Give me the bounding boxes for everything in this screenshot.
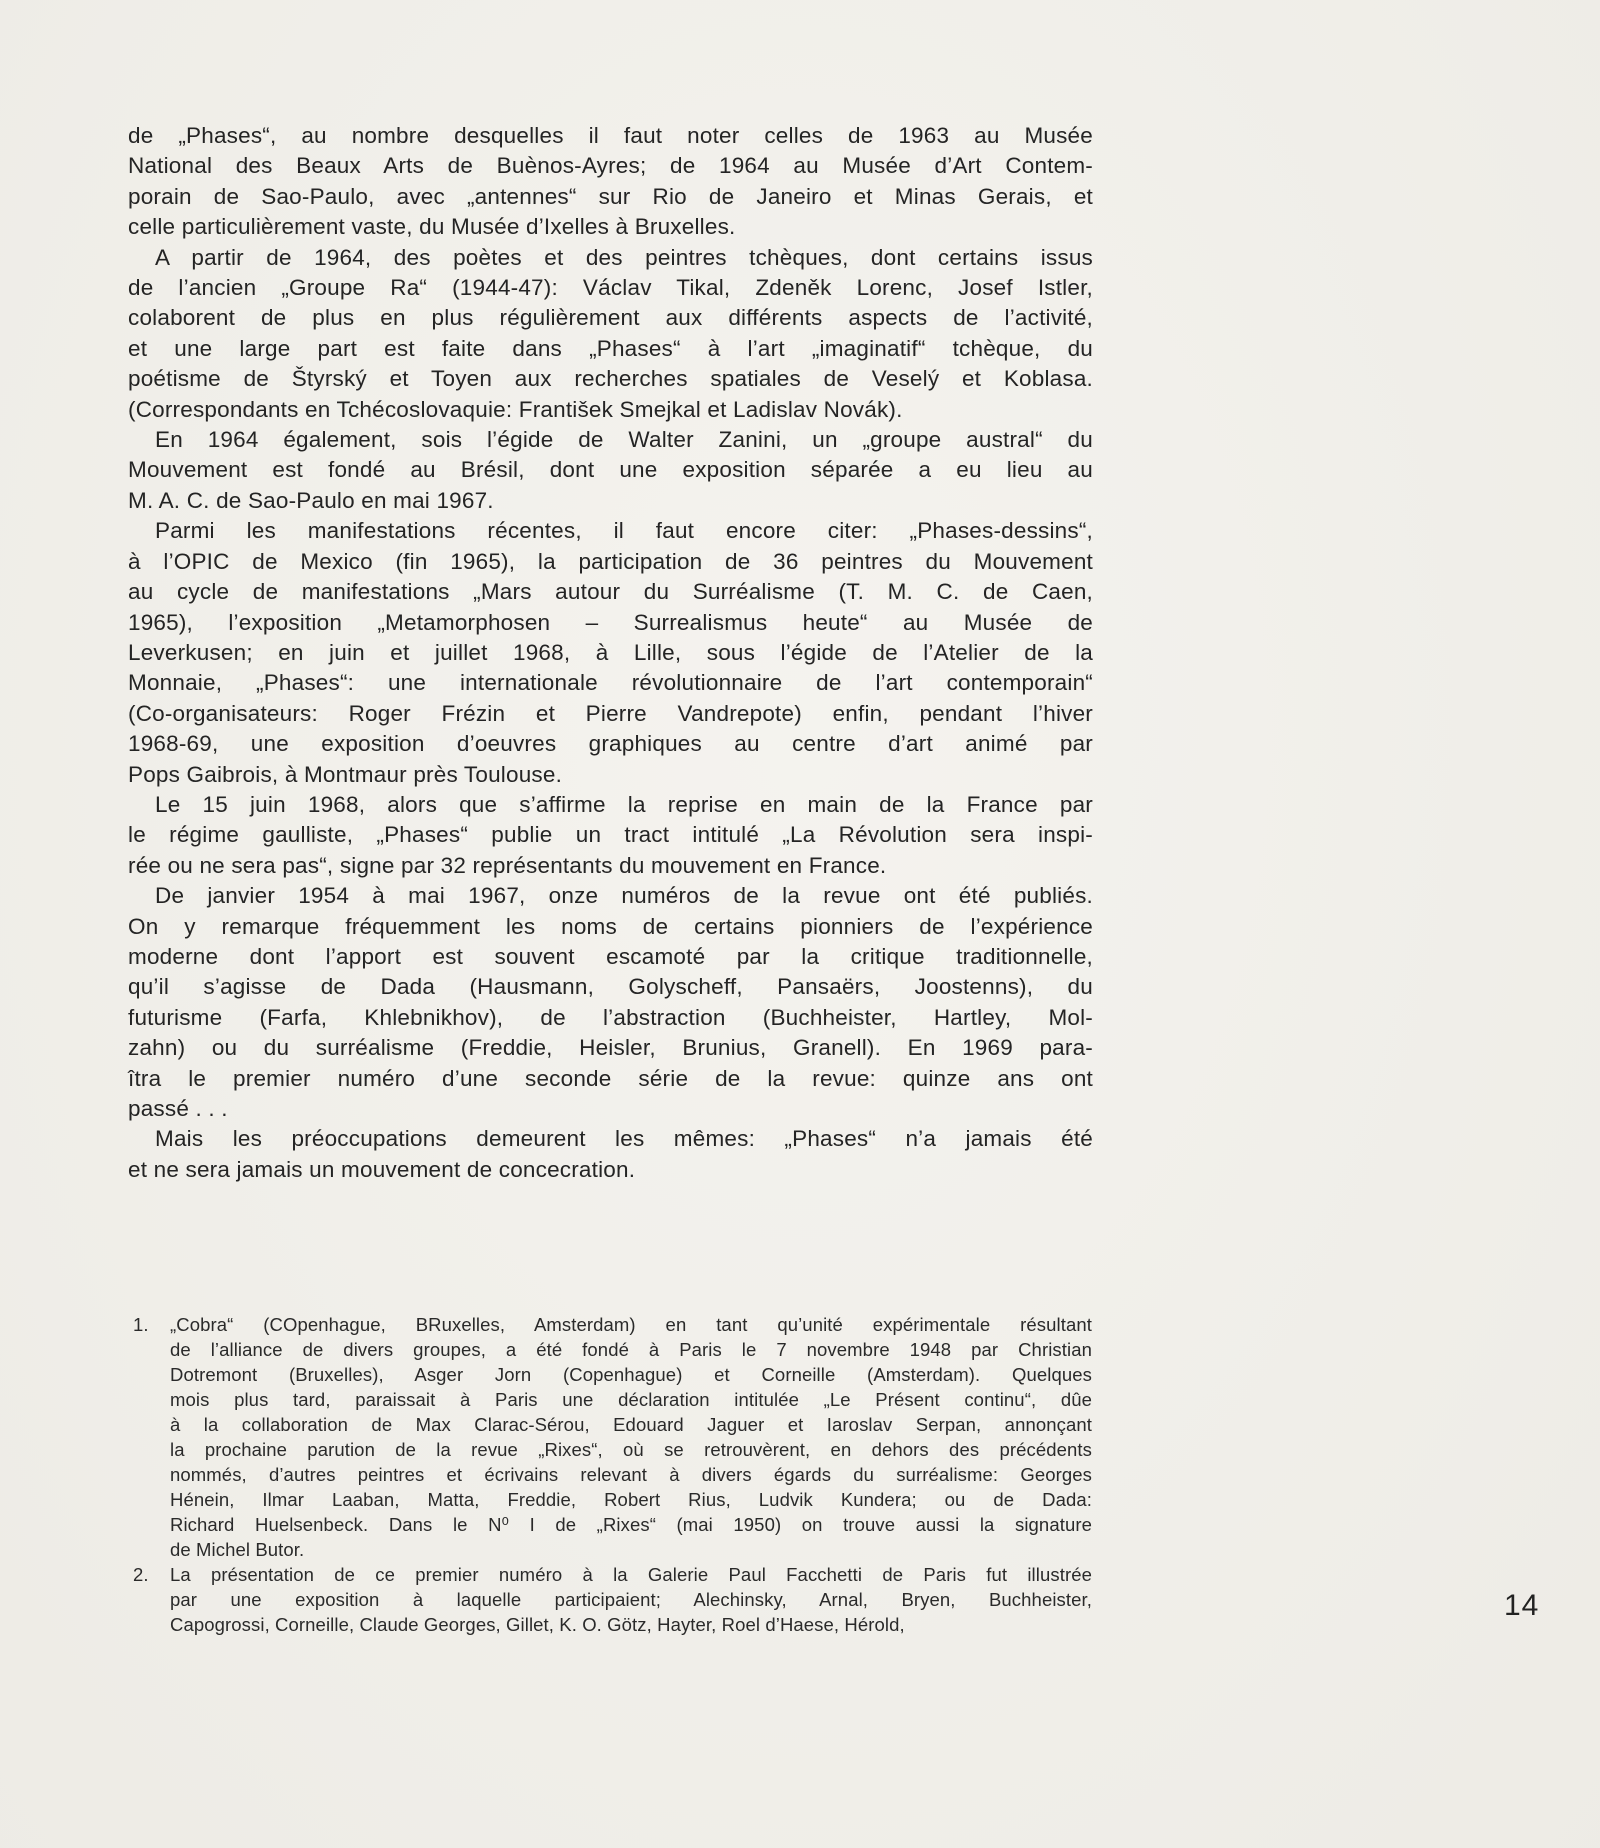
text-line: poétisme de Štyrský et Toyen aux recherc… [128, 364, 1093, 394]
text-line: 1965), l’exposition „Metamorphosen – Sur… [128, 608, 1093, 638]
text-line: (Co-organisateurs: Roger Frézin et Pierr… [128, 699, 1093, 729]
text-line: National des Beaux Arts de Buènos-Ayres;… [128, 151, 1093, 181]
text-line: M. A. C. de Sao-Paulo en mai 1967. [128, 486, 1093, 516]
footnote-text: La présentation de ce premier numéro à l… [170, 1562, 1092, 1637]
page-number: 14 [1504, 1590, 1539, 1622]
footnote-line: de Michel Butor. [170, 1537, 1092, 1562]
footnote-line: Capogrossi, Corneille, Claude Georges, G… [170, 1612, 1092, 1637]
book-page: de „Phases“, au nombre desquelles il fau… [0, 0, 1600, 1848]
main-text: de „Phases“, au nombre desquelles il fau… [128, 121, 1093, 1185]
footnote-line: nommés, d’autres peintres et écrivains r… [170, 1462, 1092, 1487]
text-line: Leverkusen; en juin et juillet 1968, à L… [128, 638, 1093, 668]
footnote-number: 1. [133, 1312, 170, 1562]
text-line: de „Phases“, au nombre desquelles il fau… [128, 121, 1093, 151]
text-line: colaborent de plus en plus régulièrement… [128, 303, 1093, 333]
text-line: qu’il s’agisse de Dada (Hausmann, Golysc… [128, 972, 1093, 1002]
text-line: Parmi les manifestations récentes, il fa… [128, 516, 1093, 546]
text-line: à l’OPIC de Mexico (fin 1965), la partic… [128, 547, 1093, 577]
text-line: On y remarque fréquemment les noms de ce… [128, 912, 1093, 942]
text-line: le régime gaulliste, „Phases“ publie un … [128, 820, 1093, 850]
text-line: de l’ancien „Groupe Ra“ (1944-47): Václa… [128, 273, 1093, 303]
footnote-line: par une exposition à laquelle participai… [170, 1587, 1092, 1612]
text-line: Pops Gaibrois, à Montmaur près Toulouse. [128, 760, 1093, 790]
footnote-line: de l’alliance de divers groupes, a été f… [170, 1337, 1092, 1362]
footnote-line: La présentation de ce premier numéro à l… [170, 1562, 1092, 1587]
footnote-number: 2. [133, 1562, 170, 1637]
text-line: et une large part est faite dans „Phases… [128, 334, 1093, 364]
text-line: (Correspondants en Tchécoslovaquie: Fran… [128, 395, 1093, 425]
text-line: 1968-69, une exposition d’oeuvres graphi… [128, 729, 1093, 759]
paragraph: de „Phases“, au nombre desquelles il fau… [128, 121, 1093, 243]
text-line: au cycle de manifestations „Mars autour … [128, 577, 1093, 607]
text-line: moderne dont l’apport est souvent escamo… [128, 942, 1093, 972]
text-line: passé . . . [128, 1094, 1093, 1124]
paragraph: A partir de 1964, des poètes et des pein… [128, 243, 1093, 425]
text-line: futurisme (Farfa, Khlebnikhov), de l’abs… [128, 1003, 1093, 1033]
text-line: Le 15 juin 1968, alors que s’affirme la … [128, 790, 1093, 820]
footnote: 2.La présentation de ce premier numéro à… [133, 1562, 1092, 1637]
footnote-line: Hénein, Ilmar Laaban, Matta, Freddie, Ro… [170, 1487, 1092, 1512]
paragraph: Le 15 juin 1968, alors que s’affirme la … [128, 790, 1093, 881]
footnote-line: Richard Huelsenbeck. Dans le N⁰ I de „Ri… [170, 1512, 1092, 1537]
text-line: De janvier 1954 à mai 1967, onze numéros… [128, 881, 1093, 911]
footnote-text: „Cobra“ (COpenhague, BRuxelles, Amsterda… [170, 1312, 1092, 1562]
footnote-line: mois plus tard, paraissait à Paris une d… [170, 1387, 1092, 1412]
paragraph: En 1964 également, sois l’égide de Walte… [128, 425, 1093, 516]
text-line: celle particulièrement vaste, du Musée d… [128, 212, 1093, 242]
text-line: Mais les préoccupations demeurent les mê… [128, 1124, 1093, 1154]
footnote-line: Dotremont (Bruxelles), Asger Jorn (Copen… [170, 1362, 1092, 1387]
footnote-line: à la collaboration de Max Clarac-Sérou, … [170, 1412, 1092, 1437]
footnotes: 1.„Cobra“ (COpenhague, BRuxelles, Amster… [133, 1312, 1092, 1637]
footnote-line: „Cobra“ (COpenhague, BRuxelles, Amsterda… [170, 1312, 1092, 1337]
text-line: porain de Sao-Paulo, avec „antennes“ sur… [128, 182, 1093, 212]
paragraph: De janvier 1954 à mai 1967, onze numéros… [128, 881, 1093, 1124]
text-line: A partir de 1964, des poètes et des pein… [128, 243, 1093, 273]
text-line: rée ou ne sera pas“, signe par 32 représ… [128, 851, 1093, 881]
text-line: et ne sera jamais un mouvement de concec… [128, 1155, 1093, 1185]
text-line: Mouvement est fondé au Brésil, dont une … [128, 455, 1093, 485]
text-line: zahn) ou du surréalisme (Freddie, Heisle… [128, 1033, 1093, 1063]
paragraph: Mais les préoccupations demeurent les mê… [128, 1124, 1093, 1185]
footnote: 1.„Cobra“ (COpenhague, BRuxelles, Amster… [133, 1312, 1092, 1562]
paragraph: Parmi les manifestations récentes, il fa… [128, 516, 1093, 790]
text-line: îtra le premier numéro d’une seconde sér… [128, 1064, 1093, 1094]
text-line: Monnaie, „Phases“: une internationale ré… [128, 668, 1093, 698]
footnote-line: la prochaine parution de la revue „Rixes… [170, 1437, 1092, 1462]
text-line: En 1964 également, sois l’égide de Walte… [128, 425, 1093, 455]
